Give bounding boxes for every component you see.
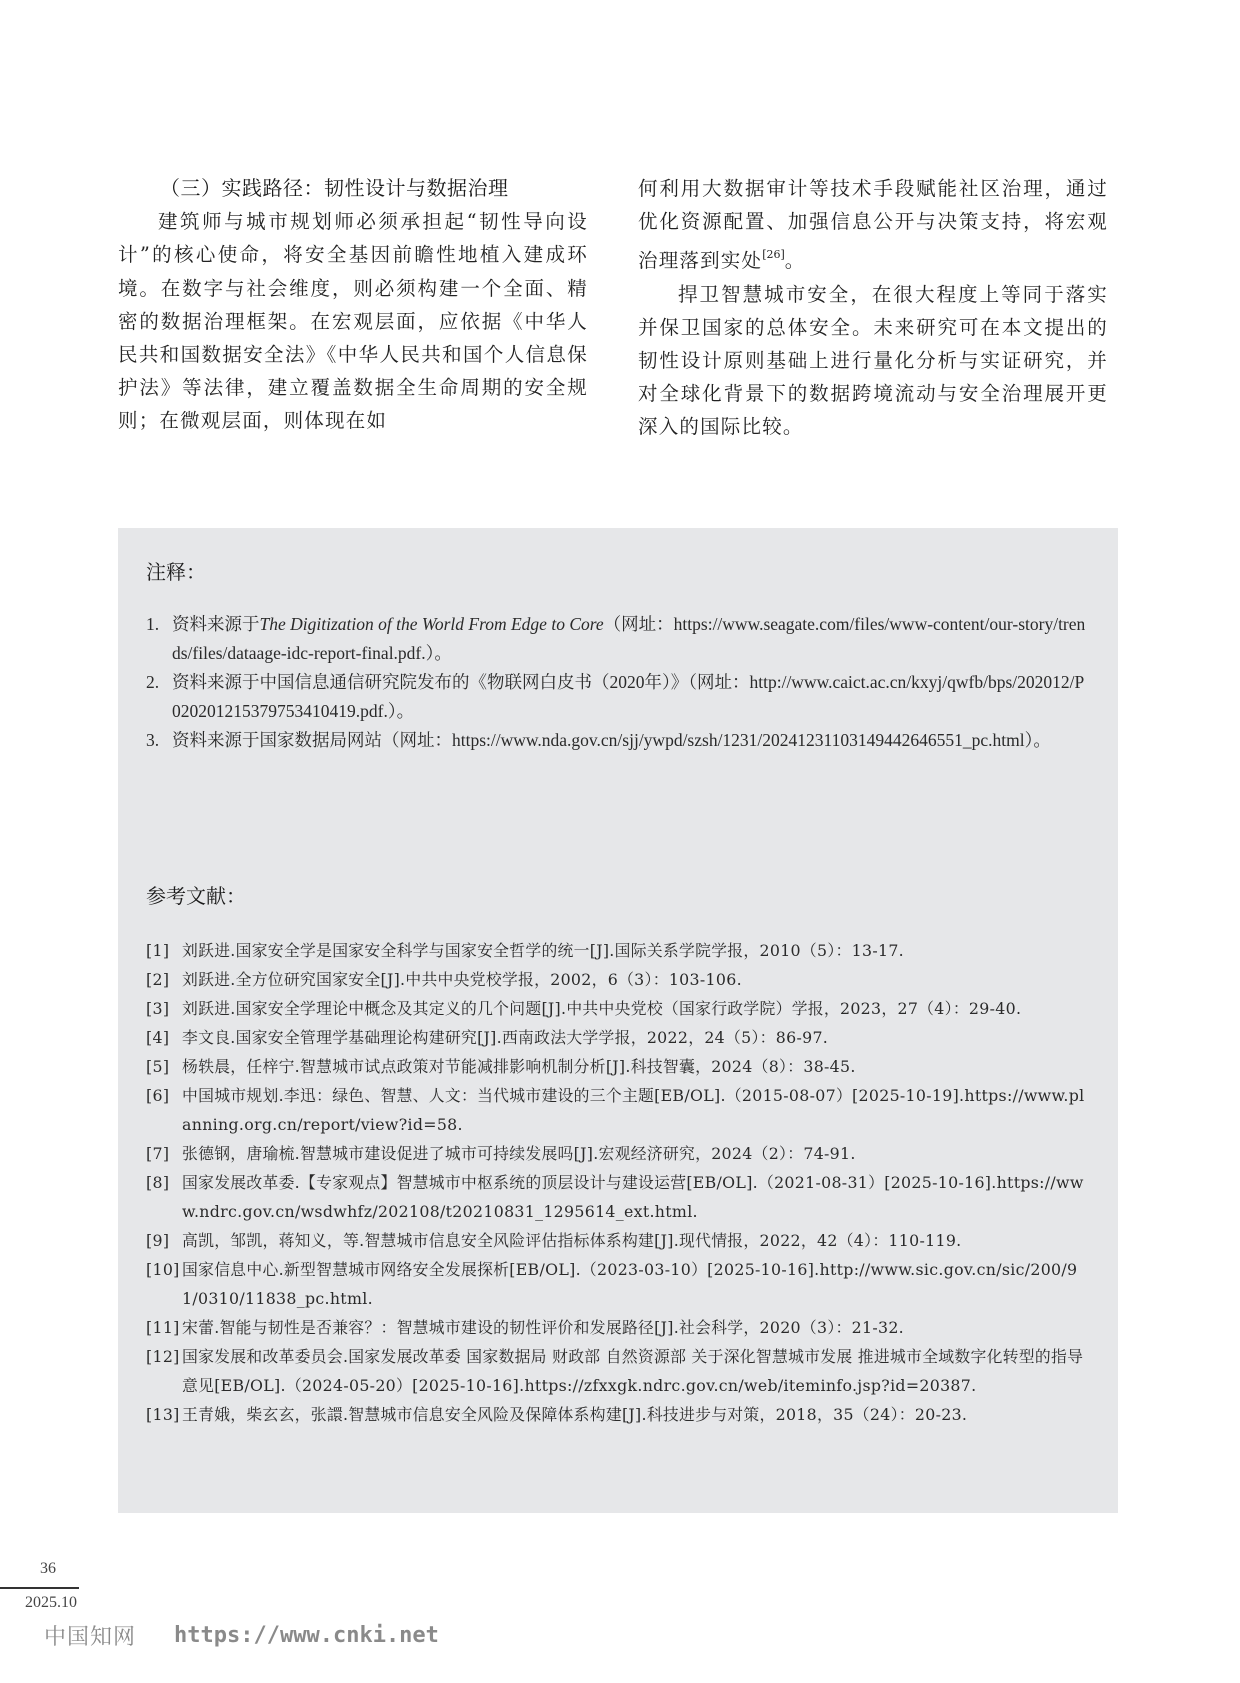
- reference-item: [3]刘跃进.国家安全学理论中概念及其定义的几个问题[J].中共中央党校（国家行…: [146, 994, 1091, 1023]
- reference-item: [1]刘跃进.国家安全学是国家安全科学与国家安全哲学的统一[J].国际关系学院学…: [146, 936, 1091, 965]
- issue-date: 2025.10: [25, 1594, 77, 1612]
- note-item: 3. 资料来源于国家数据局网站（网址：https://www.nda.gov.c…: [146, 726, 1091, 755]
- reference-item: [5]杨轶晨，任梓宁.智慧城市试点政策对节能减排影响机制分析[J].科技智囊，2…: [146, 1052, 1091, 1081]
- page-number: 36: [40, 1560, 56, 1578]
- reference-item: [6]中国城市规划.李迅：绿色、智慧、人文：当代城市建设的三个主题[EB/OL]…: [146, 1081, 1091, 1139]
- watermark-label: 中国知网: [44, 1620, 136, 1651]
- reference-item: [7]张德钢，唐瑜梳.智慧城市建设促进了城市可持续发展吗[J].宏观经济研究，2…: [146, 1139, 1091, 1168]
- watermark-url[interactable]: https://www.cnki.net: [174, 1623, 439, 1648]
- reference-item: [2]刘跃进.全方位研究国家安全[J].中共中央党校学报，2002，6（3）：1…: [146, 965, 1091, 994]
- reference-item: [12]国家发展和改革委员会.国家发展改革委 国家数据局 财政部 自然资源部 关…: [146, 1342, 1091, 1400]
- notes-title: 注释：: [146, 556, 206, 585]
- reference-item: [13]王青娥，柴玄玄，张譞.智慧城市信息安全风险及保障体系构建[J].科技进步…: [146, 1400, 1091, 1429]
- folio-divider: [0, 1587, 79, 1589]
- references-title: 参考文献：: [146, 880, 246, 909]
- reference-item: [8]国家发展改革委.【专家观点】智慧城市中枢系统的顶层设计与建设运营[EB/O…: [146, 1168, 1091, 1226]
- reference-item: [11]宋蕾.智能与韧性是否兼容？：智慧城市建设的韧性评价和发展路径[J].社会…: [146, 1313, 1091, 1342]
- body-paragraph-conclusion: 捍卫智慧城市安全，在很大程度上等同于落实并保卫国家的总体安全。未来研究可在本文提…: [638, 278, 1108, 444]
- cnki-watermark: 中国知网 https://www.cnki.net: [44, 1620, 439, 1651]
- note-italic-title: The Digitization of the World From Edge …: [260, 614, 604, 634]
- reference-item: [10]国家信息中心.新型智慧城市网络安全发展探析[EB/OL].（2023-0…: [146, 1255, 1091, 1313]
- body-paragraph: 建筑师与城市规划师必须承担起“韧性导向设计”的核心使命，将安全基因前瞻性地植入建…: [118, 205, 588, 437]
- references-list: [1]刘跃进.国家安全学是国家安全科学与国家安全哲学的统一[J].国际关系学院学…: [146, 936, 1091, 1429]
- note-item: 1. 资料来源于The Digitization of the World Fr…: [146, 610, 1091, 668]
- reference-item: [4]李文良.国家安全管理学基础理论构建研究[J].西南政法大学学报，2022，…: [146, 1023, 1091, 1052]
- reference-item: [9]高凯，邹凯，蒋知义，等.智慧城市信息安全风险评估指标体系构建[J].现代情…: [146, 1226, 1091, 1255]
- article-right-column: 何利用大数据审计等技术手段赋能社区治理，通过优化资源配置、加强信息公开与决策支持…: [638, 172, 1108, 444]
- note-item: 2. 资料来源于中国信息通信研究院发布的《物联网白皮书（2020年）》（网址：h…: [146, 668, 1091, 726]
- article-left-column: （三）实践路径：韧性设计与数据治理 建筑师与城市规划师必须承担起“韧性导向设计”…: [118, 172, 588, 438]
- body-paragraph-continued: 何利用大数据审计等技术手段赋能社区治理，通过优化资源配置、加强信息公开与决策支持…: [638, 172, 1108, 278]
- notes-references-box: 注释： 1. 资料来源于The Digitization of the Worl…: [118, 528, 1118, 1513]
- section-heading: （三）实践路径：韧性设计与数据治理: [160, 172, 588, 205]
- citation-marker[interactable]: [26]: [762, 248, 785, 261]
- notes-list: 1. 资料来源于The Digitization of the World Fr…: [146, 610, 1091, 755]
